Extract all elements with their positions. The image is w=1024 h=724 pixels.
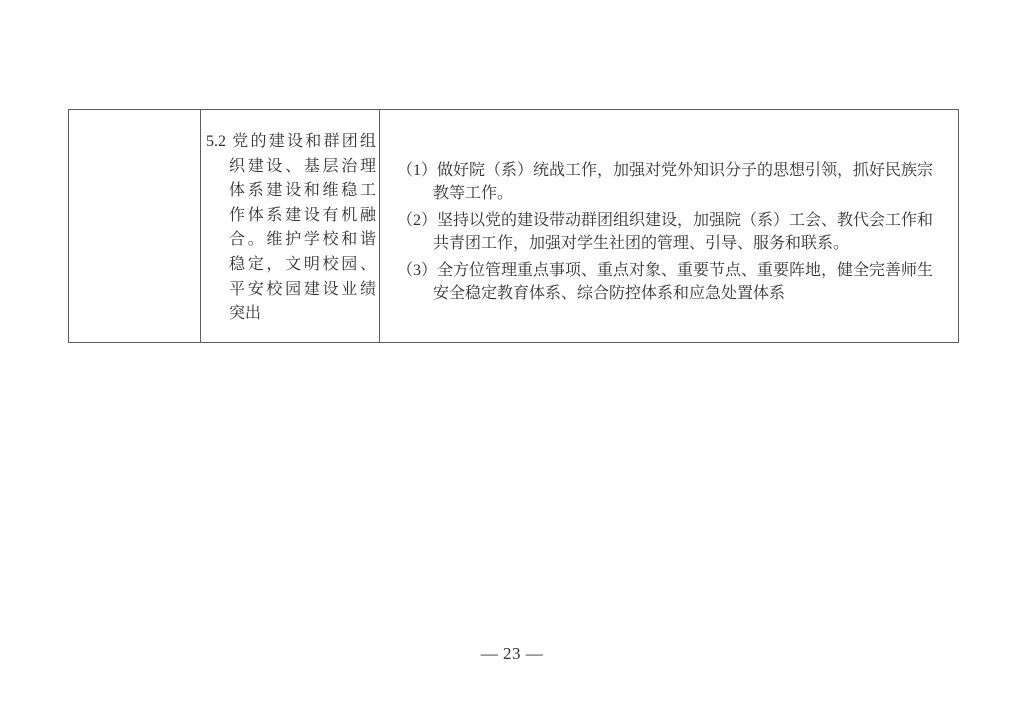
criteria-line: 平安校园建设业绩 bbox=[229, 278, 376, 303]
page-number: — 23 — bbox=[0, 642, 1024, 666]
criteria-line: 作体系建设有机融 bbox=[229, 204, 376, 229]
table-cell-category-empty bbox=[69, 110, 201, 342]
criteria-line: 合。维护学校和谐 bbox=[229, 228, 376, 253]
criteria-line: 体系建设和维稳工 bbox=[229, 179, 376, 204]
evaluation-table: 5.2 党的建设和群团组 织建设、基层治理 体系建设和维稳工 作体系建设有机融 … bbox=[68, 109, 959, 343]
observation-item-3: （3）全方位管理重点事项、重点对象、重要节点、重要阵地，健全完善师生 安全稳定教… bbox=[397, 259, 946, 305]
table-cell-observation-points: （1）做好院（系）统战工作，加强对党外知识分子的思想引领，抓好民族宗 教等工作。… bbox=[380, 110, 958, 342]
criteria-line: 5.2 党的建设和群团组 bbox=[206, 130, 376, 155]
document-page: { "document": { "page_number": "— 23 —",… bbox=[0, 0, 1024, 724]
criteria-line: 突出 bbox=[229, 302, 376, 327]
criteria-line: 织建设、基层治理 bbox=[229, 155, 376, 180]
table-cell-criteria: 5.2 党的建设和群团组 织建设、基层治理 体系建设和维稳工 作体系建设有机融 … bbox=[201, 110, 380, 342]
observation-item-1: （1）做好院（系）统战工作，加强对党外知识分子的思想引领，抓好民族宗 教等工作。 bbox=[397, 159, 946, 205]
observation-item-2: （2）坚持以党的建设带动群团组织建设，加强院（系）工会、教代会工作和 共青团工作… bbox=[397, 209, 946, 255]
criteria-line: 稳定，文明校园、 bbox=[229, 253, 376, 278]
